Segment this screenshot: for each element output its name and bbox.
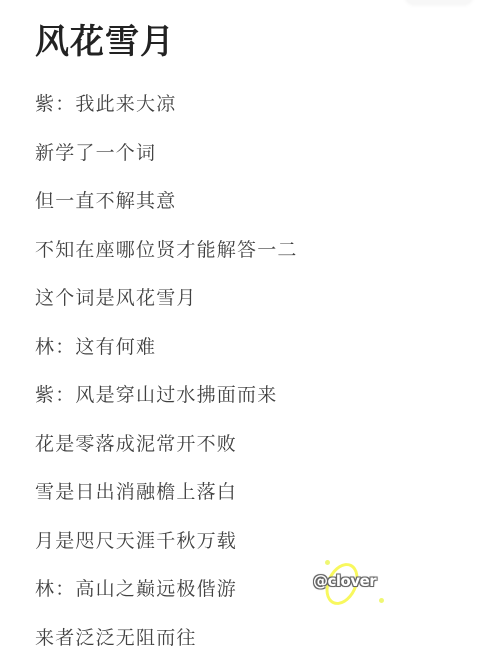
text-line: 雪是日出消融檐上落白 — [35, 478, 298, 527]
text-line: 但一直不解其意 — [35, 187, 298, 236]
sparkle-dot-icon — [325, 560, 330, 565]
page-title: 风花雪月 — [35, 21, 175, 63]
text-line: 林：高山之巅远极偕游 — [35, 575, 298, 624]
text-line: 新学了一个词 — [35, 139, 298, 188]
text-line: 这个词是风花雪月 — [35, 284, 298, 333]
text-line: 紫：风是穿山过水拂面而来 — [35, 381, 298, 430]
sparkle-dot-icon — [379, 598, 384, 603]
watermark: @clover — [313, 560, 403, 610]
text-line: 月是咫尺天涯千秋万载 — [35, 527, 298, 576]
top-edge-shadow — [405, 0, 473, 4]
watermark-handle: @clover — [313, 572, 376, 590]
text-line: 花是零落成泥常开不败 — [35, 430, 298, 479]
text-line: 林：这有何难 — [35, 333, 298, 382]
text-line: 紫：我此来大凉 — [35, 90, 298, 139]
text-line: 来者泛泛无阻而往 — [35, 624, 298, 666]
poem-lines: 紫：我此来大凉 新学了一个词 但一直不解其意 不知在座哪位贤才能解答一二 这个词… — [35, 90, 298, 666]
text-line: 不知在座哪位贤才能解答一二 — [35, 236, 298, 285]
